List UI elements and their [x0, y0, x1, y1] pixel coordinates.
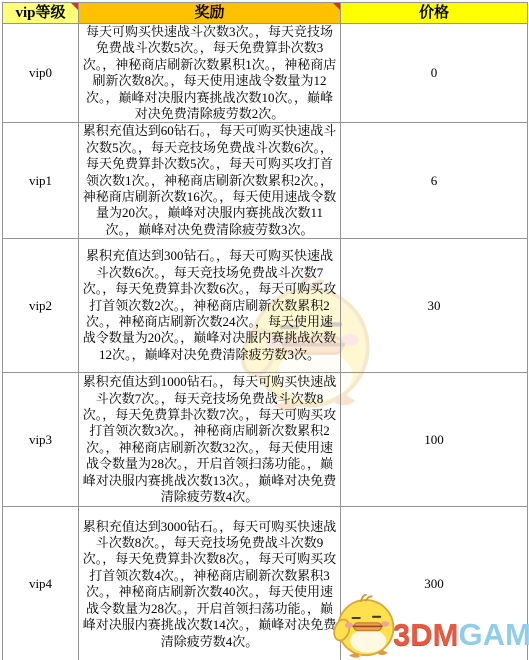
table-row-vip1: vip1 累积充值达到60钻石。，每天可购买快速战斗次数5次。，每天竞技场免费战…	[3, 123, 528, 239]
price-cell: 6	[341, 123, 528, 239]
reward-cell: 累积充值达到60钻石。，每天可购买快速战斗次数5次。，每天竞技场免费战斗次数6次…	[79, 123, 341, 239]
comment-marker-icon	[333, 3, 340, 10]
header-vip-level: vip等级	[3, 3, 79, 24]
vip-level-cell: vip4	[3, 507, 79, 660]
table-row-vip0: vip0 每天可购买快速战斗次数3次。，每天竞技场免费战斗次数5次。，每天免费算…	[3, 24, 528, 123]
header-row: vip等级 奖励 价格	[3, 3, 528, 24]
header-price: 价格	[341, 3, 528, 24]
vip-level-cell: vip2	[3, 239, 79, 373]
header-price-label: 价格	[419, 5, 449, 21]
vip-table-sheet: vip等级 奖励 价格 vip0 每天可购买快速战斗次数3次。，每天竞技场免费战…	[0, 0, 529, 660]
vip-privileges-table: vip等级 奖励 价格 vip0 每天可购买快速战斗次数3次。，每天竞技场免费战…	[2, 2, 528, 660]
reward-cell: 累积充值达到300钻石。，每天可购买快速战斗次数6次。，每天竞技场免费战斗次数7…	[79, 239, 341, 373]
vip-level-cell: vip1	[3, 123, 79, 239]
reward-cell: 每天可购买快速战斗次数3次。，每天竞技场免费战斗次数5次。，每天免费算卦次数3次…	[79, 24, 341, 123]
vip-level-cell: vip0	[3, 24, 79, 123]
header-reward: 奖励	[79, 3, 341, 24]
price-cell: 30	[341, 239, 528, 373]
reward-cell: 累积充值达到3000钻石。，每天可购买快速战斗次数8次。，每天竞技场免费战斗次数…	[79, 507, 341, 660]
price-cell: 300	[341, 507, 528, 660]
vip-level-cell: vip3	[3, 373, 79, 507]
header-reward-label: 奖励	[194, 5, 224, 21]
header-vip-level-label: vip等级	[15, 5, 65, 21]
reward-cell: 累积充值达到1000钻石。，每天可购买快速战斗次数7次。，每天竞技场免费战斗次数…	[79, 373, 341, 507]
price-cell: 0	[341, 24, 528, 123]
table-row-vip3: vip3 累积充值达到1000钻石。，每天可购买快速战斗次数7次。，每天竞技场免…	[3, 373, 528, 507]
price-cell: 100	[341, 373, 528, 507]
table-row-vip4: vip4 累积充值达到3000钻石。，每天可购买快速战斗次数8次。，每天竞技场免…	[3, 507, 528, 660]
comment-marker-icon	[71, 3, 78, 10]
table-row-vip2: vip2 累积充值达到300钻石。，每天可购买快速战斗次数6次。，每天竞技场免费…	[3, 239, 528, 373]
